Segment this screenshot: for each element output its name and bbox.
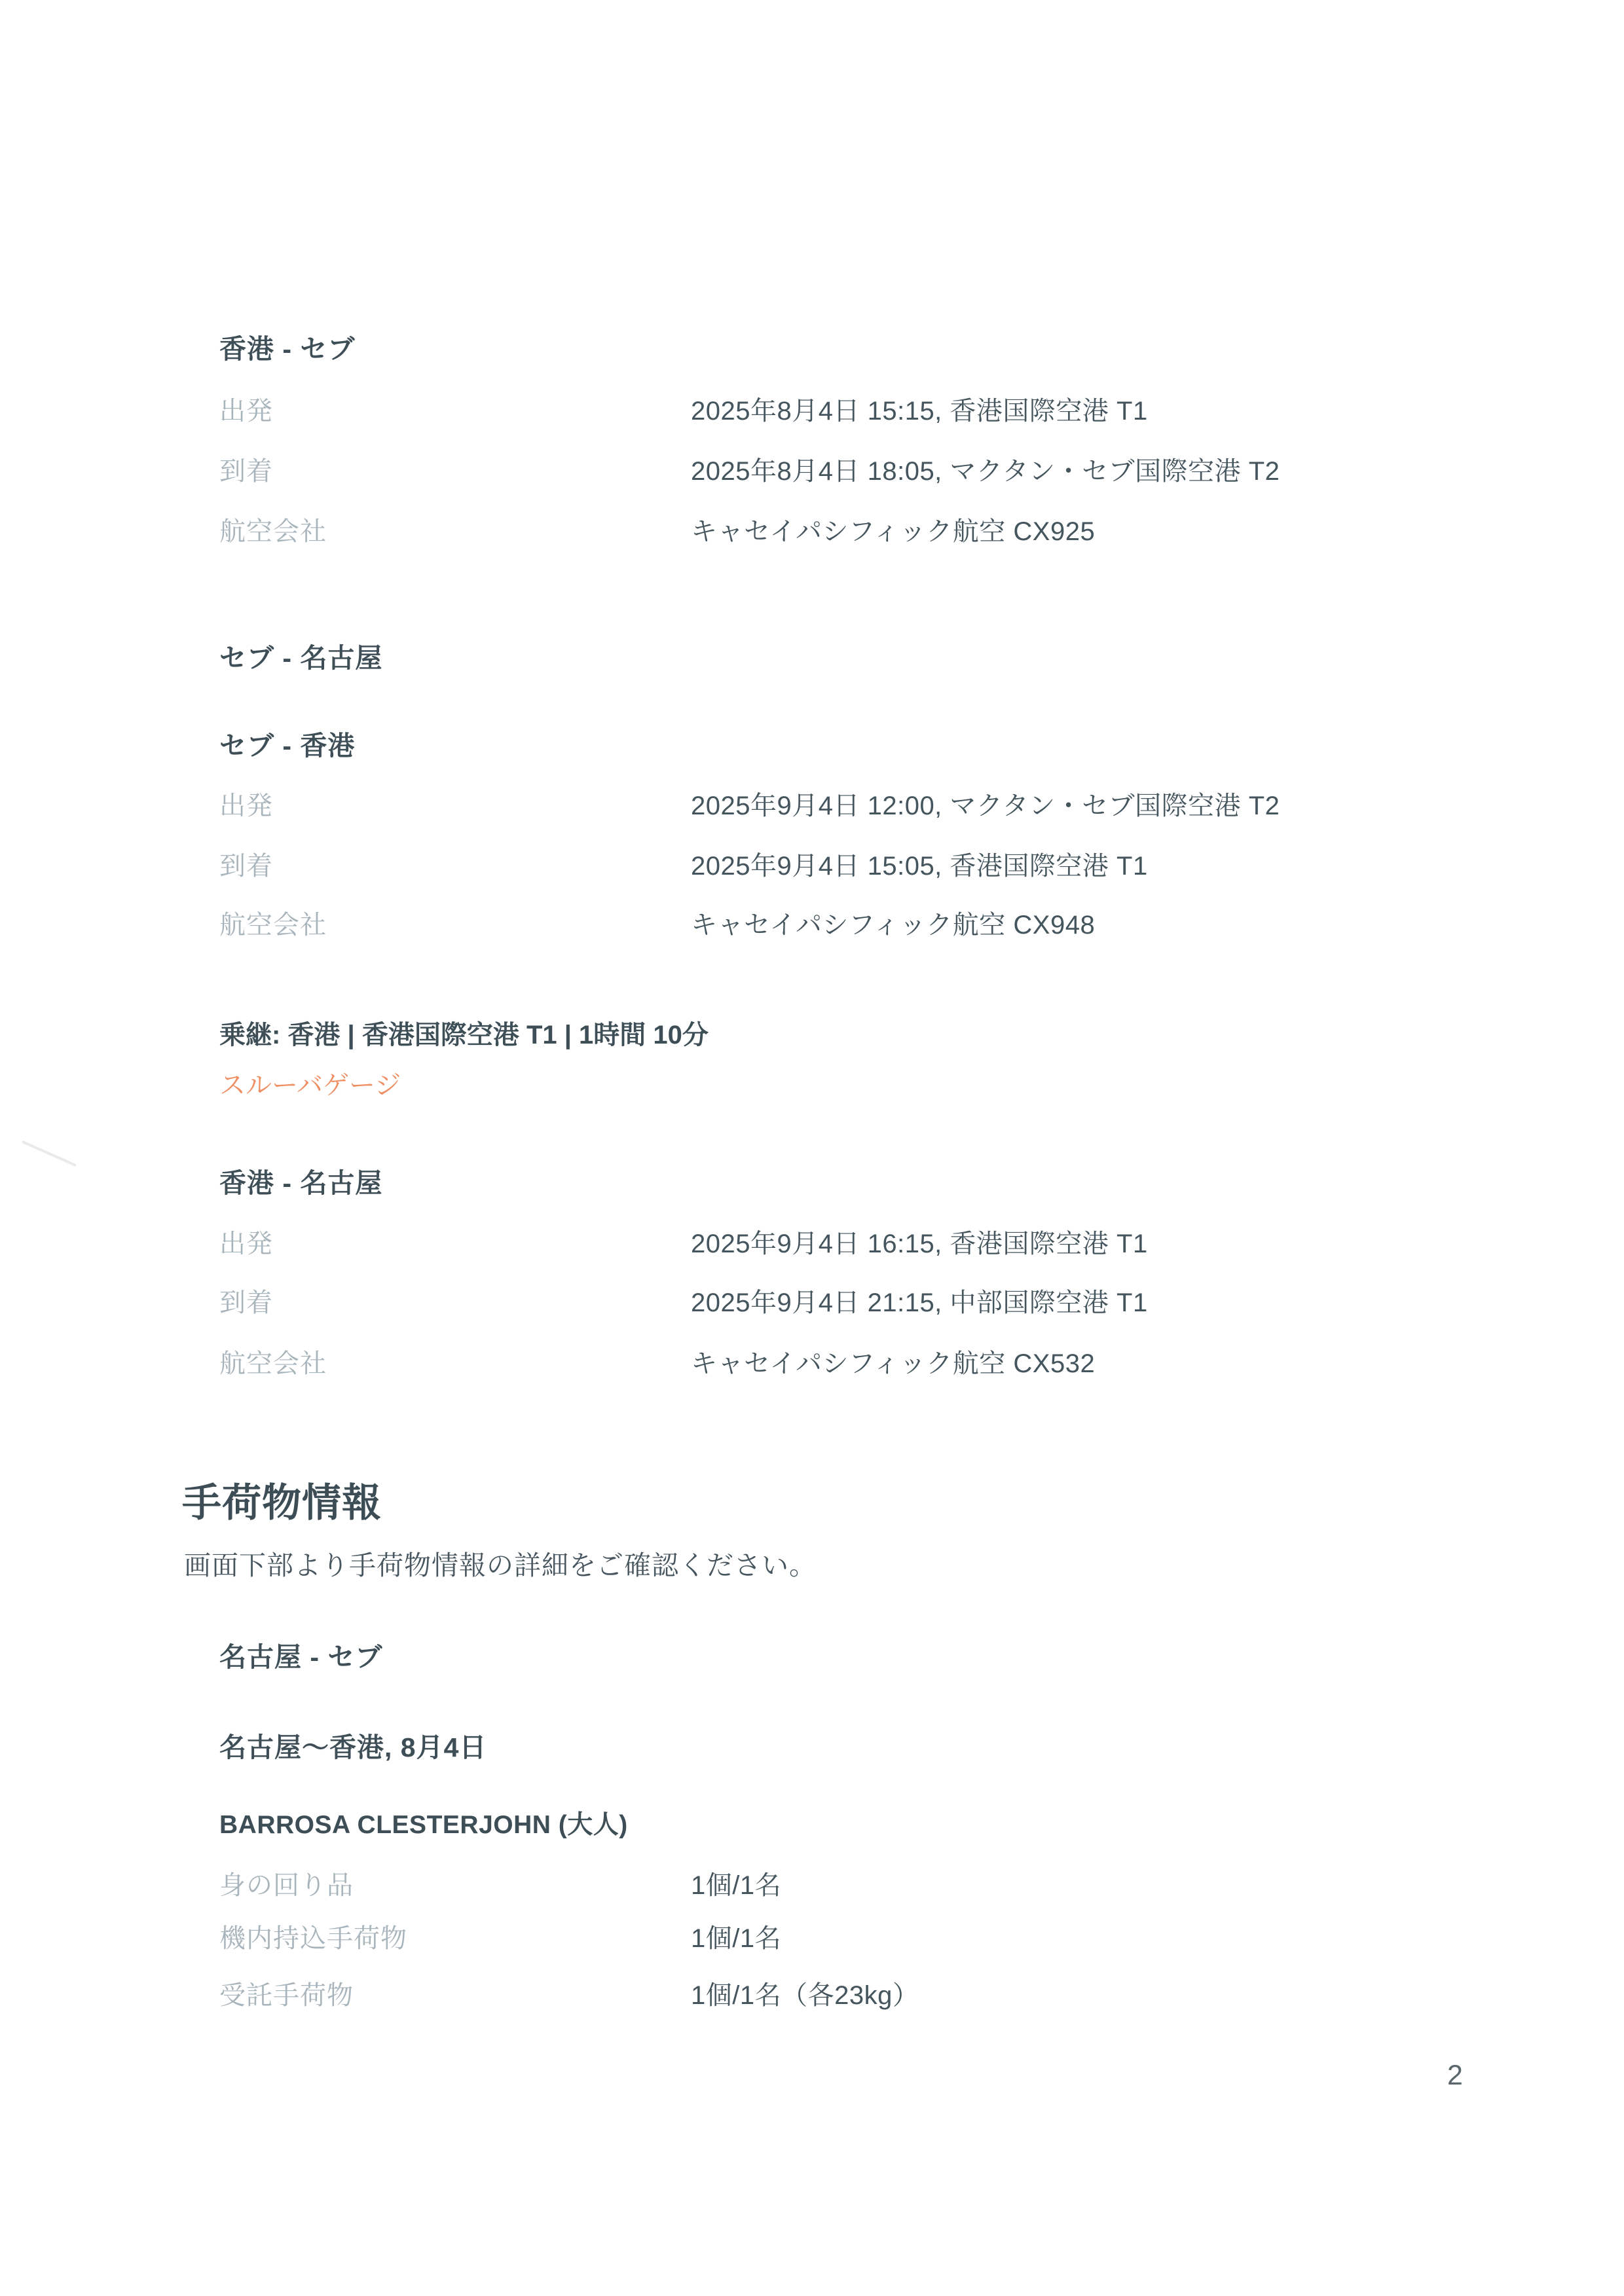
field-label-airline: 航空会社: [219, 904, 691, 941]
field-label-carry-on: 機内持込手荷物: [219, 1918, 691, 1955]
baggage-row: 身の回り品 1個/1名: [219, 1865, 781, 1902]
field-label-airline: 航空会社: [219, 1343, 691, 1380]
scan-artifact: [22, 1140, 77, 1167]
baggage-row: 受託手荷物 1個/1名（各23kg）: [219, 1975, 919, 2012]
transfer-info: 乗継: 香港 | 香港国際空港 T1 | 1時間 10分: [219, 1014, 709, 1051]
field-value-arrival: 2025年9月4日 15:05, 香港国際空港 T1: [691, 845, 1148, 883]
field-value-departure: 2025年9月4日 16:15, 香港国際空港 T1: [691, 1223, 1148, 1260]
field-label-arrival: 到着: [219, 845, 691, 883]
field-label-arrival: 到着: [219, 1282, 691, 1319]
through-baggage-note: スルーバゲージ: [219, 1065, 401, 1102]
flight-row: 到着 2025年8月4日 18:05, マクタン・セブ国際空港 T2: [219, 450, 1280, 488]
route-heading-hkg-ceb: 香港 - セブ: [219, 327, 355, 366]
flight-row: 出発 2025年8月4日 15:15, 香港国際空港 T1: [219, 390, 1148, 428]
route-heading-ceb-hkg: セブ - 香港: [219, 724, 355, 763]
field-label-departure: 出発: [219, 390, 691, 428]
route-heading-ceb-ngo: セブ - 名古屋: [219, 636, 382, 675]
field-value-personal-item: 1個/1名: [691, 1865, 781, 1902]
baggage-description: 画面下部より手荷物情報の詳細をご確認ください。: [184, 1544, 817, 1582]
field-value-airline: キャセイパシフィック航空 CX532: [691, 1343, 1095, 1380]
field-value-arrival: 2025年8月4日 18:05, マクタン・セブ国際空港 T2: [691, 450, 1280, 488]
flight-row: 航空会社 キャセイパシフィック航空 CX532: [219, 1343, 1095, 1380]
document-page: 香港 - セブ 出発 2025年8月4日 15:15, 香港国際空港 T1 到着…: [0, 0, 1624, 2296]
flight-row: 航空会社 キャセイパシフィック航空 CX948: [219, 904, 1095, 941]
field-value-carry-on: 1個/1名: [691, 1918, 781, 1955]
baggage-route-heading: 名古屋 - セブ: [219, 1635, 382, 1674]
field-label-departure: 出発: [219, 785, 691, 822]
passenger-name: BARROSA CLESTERJOHN (大人): [219, 1804, 628, 1841]
route-heading-hkg-ngo: 香港 - 名古屋: [219, 1161, 382, 1200]
page-number: 2: [1447, 2060, 1463, 2092]
field-label-arrival: 到着: [219, 450, 691, 488]
flight-row: 航空会社 キャセイパシフィック航空 CX925: [219, 511, 1095, 548]
baggage-row: 機内持込手荷物 1個/1名: [219, 1918, 781, 1955]
field-value-airline: キャセイパシフィック航空 CX925: [691, 511, 1095, 548]
flight-row: 到着 2025年9月4日 15:05, 香港国際空港 T1: [219, 845, 1148, 883]
flight-row: 出発 2025年9月4日 12:00, マクタン・セブ国際空港 T2: [219, 785, 1280, 822]
field-label-personal-item: 身の回り品: [219, 1865, 691, 1902]
field-label-airline: 航空会社: [219, 511, 691, 548]
baggage-section-heading: 手荷物情報: [182, 1472, 382, 1528]
baggage-segment-heading: 名古屋〜香港, 8月4日: [219, 1726, 487, 1764]
field-value-arrival: 2025年9月4日 21:15, 中部国際空港 T1: [691, 1282, 1148, 1319]
field-value-airline: キャセイパシフィック航空 CX948: [691, 904, 1095, 941]
field-label-checked-baggage: 受託手荷物: [219, 1975, 691, 2012]
field-value-checked-baggage: 1個/1名（各23kg）: [691, 1975, 919, 2012]
flight-row: 到着 2025年9月4日 21:15, 中部国際空港 T1: [219, 1282, 1148, 1319]
field-value-departure: 2025年9月4日 12:00, マクタン・セブ国際空港 T2: [691, 785, 1280, 822]
flight-row: 出発 2025年9月4日 16:15, 香港国際空港 T1: [219, 1223, 1148, 1260]
field-value-departure: 2025年8月4日 15:15, 香港国際空港 T1: [691, 390, 1148, 428]
field-label-departure: 出発: [219, 1223, 691, 1260]
